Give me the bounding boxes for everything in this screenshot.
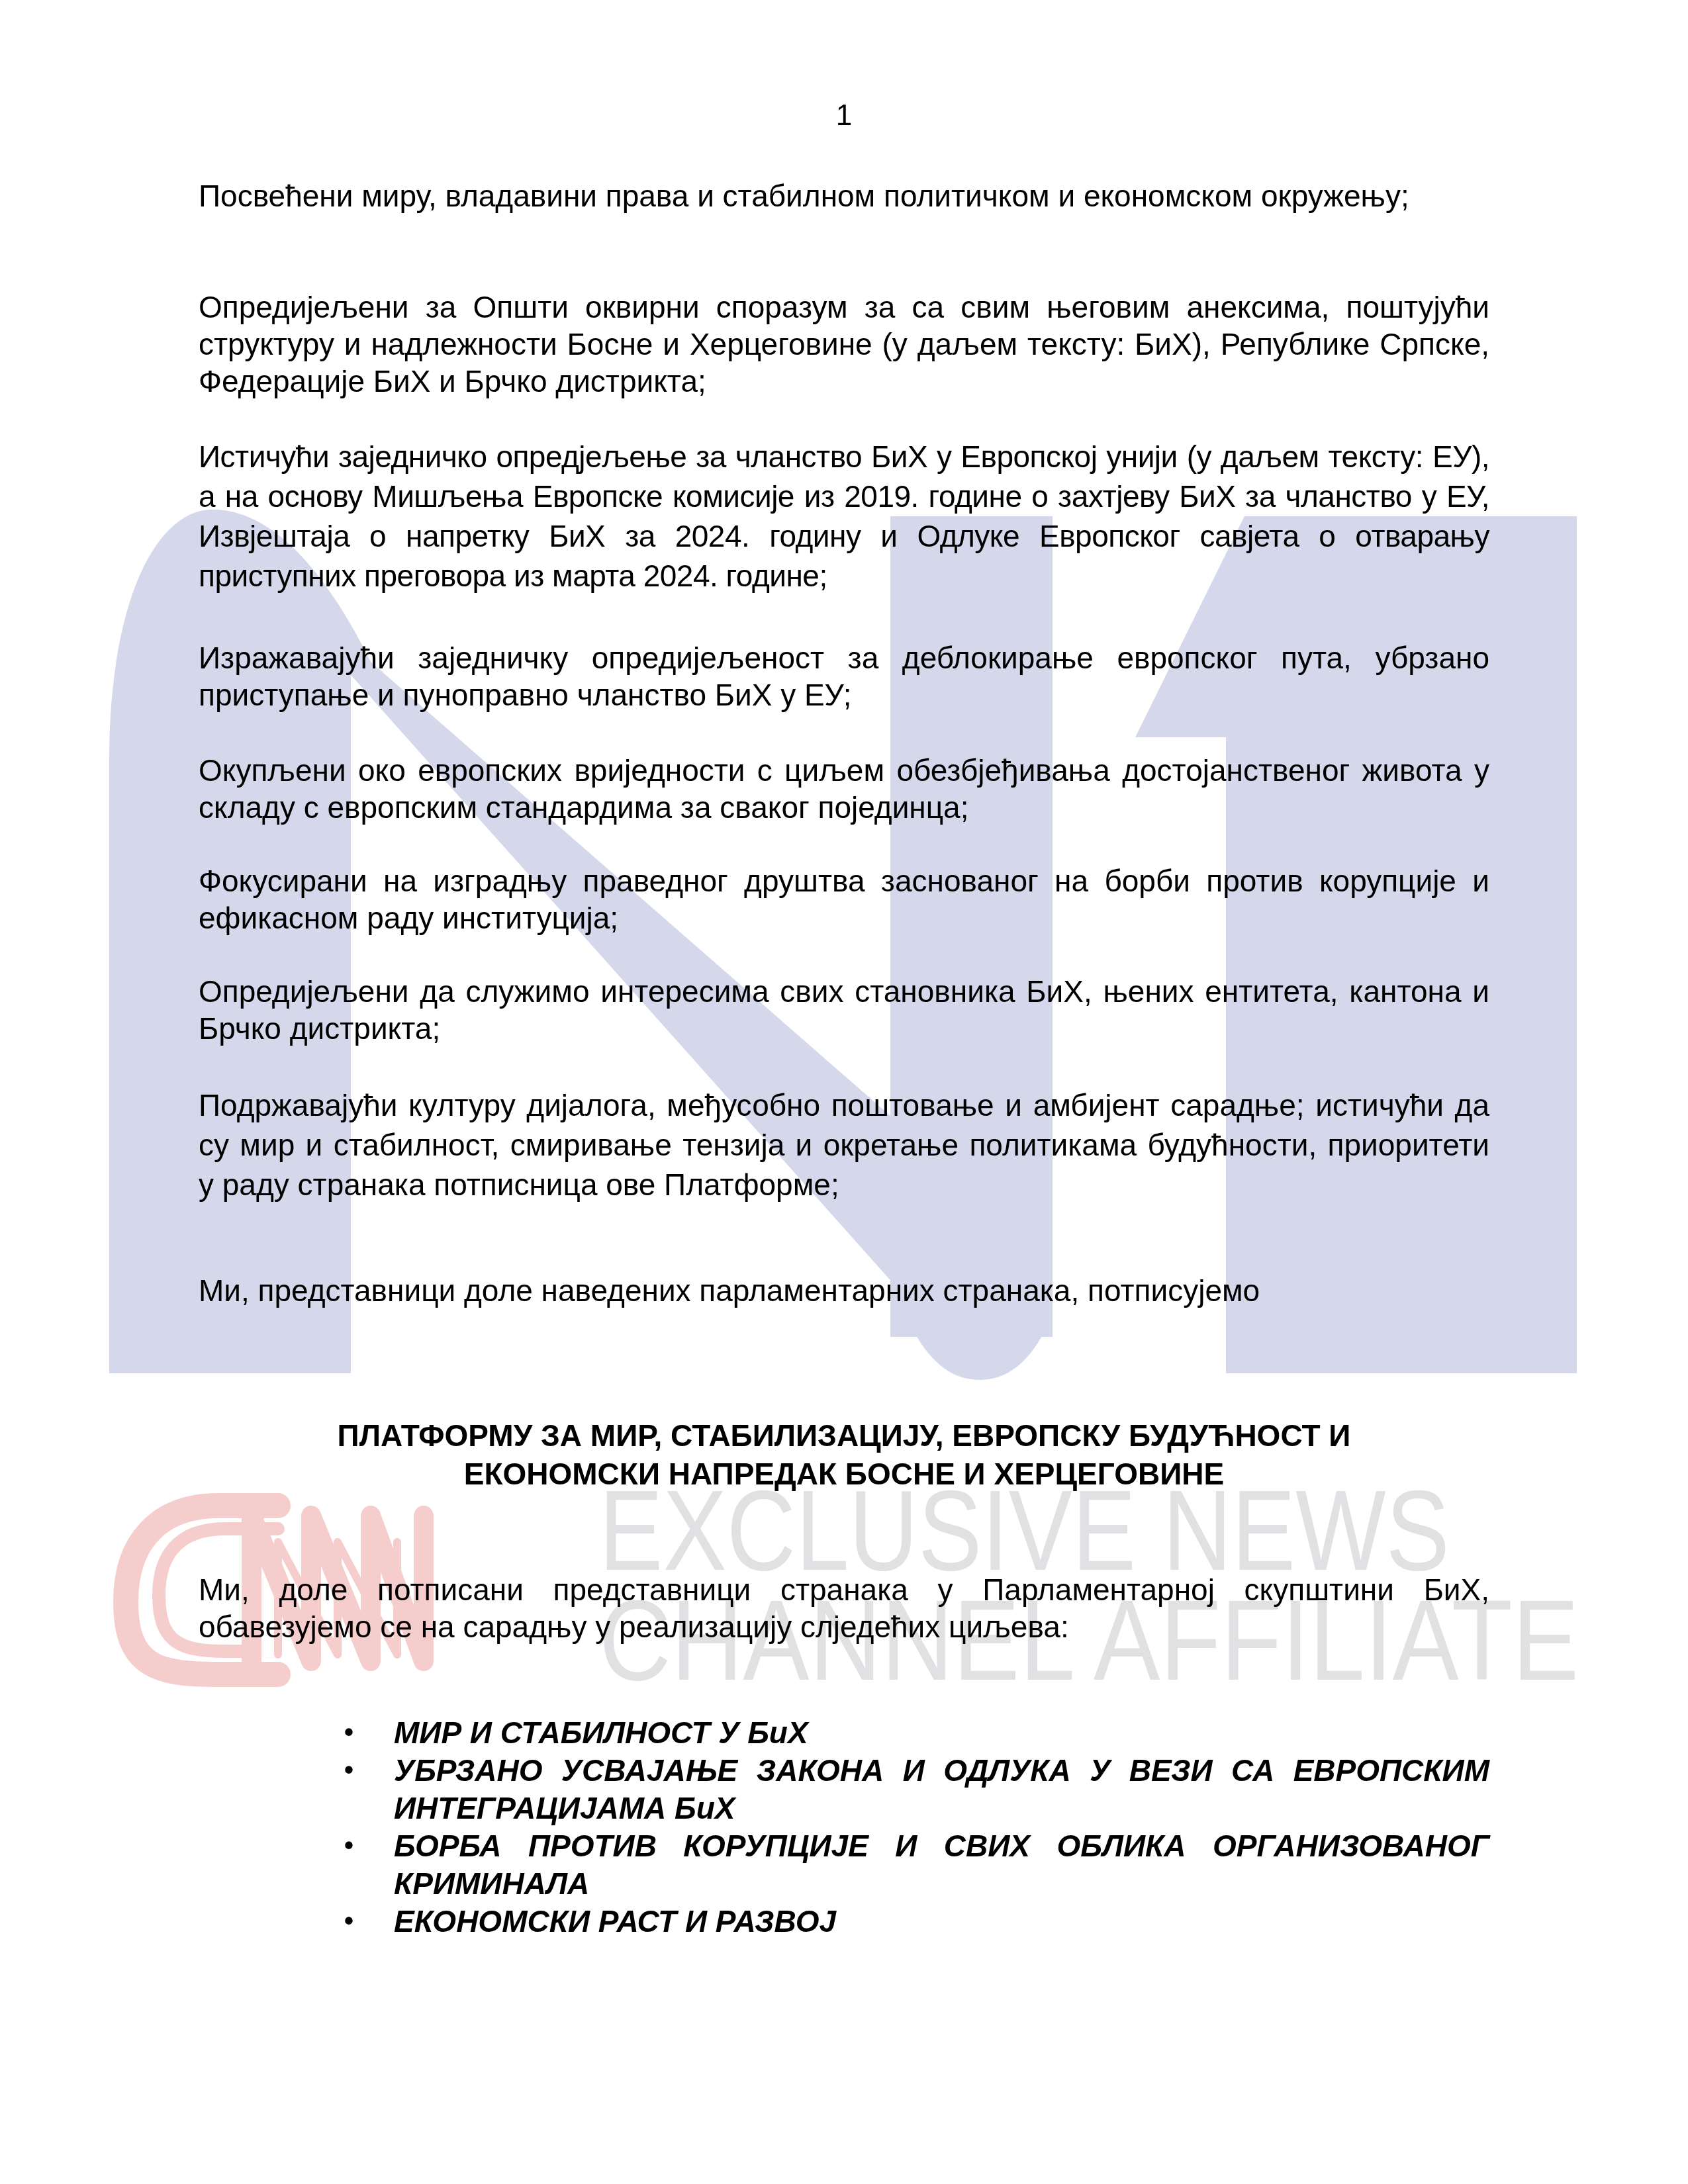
- paragraph-preamble-2: Опредијељени за Општи оквирни споразум з…: [199, 289, 1489, 400]
- bullet-icon: •: [344, 1903, 353, 1940]
- goal-text: БОРБА ПРОТИВ КОРУПЦИЈЕ И СВИХ ОБЛИКА ОРГ…: [394, 1829, 1489, 1901]
- goal-item: •МИР И СТАБИЛНОСТ У БиХ: [394, 1714, 1489, 1752]
- bullet-icon: •: [344, 1752, 353, 1790]
- paragraph-preamble-8: Подржавајући културу дијалога, међусобно…: [199, 1085, 1489, 1205]
- goal-text: МИР И СТАБИЛНОСТ У БиХ: [394, 1715, 808, 1750]
- goal-text: ЕКОНОМСКИ РАСТ И РАЗВОЈ: [394, 1904, 836, 1938]
- paragraph-preamble-7: Опредијељени да служимо интересима свих …: [199, 973, 1489, 1047]
- goals-list: •МИР И СТАБИЛНОСТ У БиХ •УБРЗАНО УСВАЈАЊ…: [394, 1714, 1489, 1940]
- paragraph-preamble-3: Истичући заједничко опредјељење за чланс…: [199, 437, 1489, 596]
- platform-title-line-1: ПЛАТФОРМУ ЗА МИР, СТАБИЛИЗАЦИЈУ, ЕВРОПСК…: [199, 1416, 1489, 1455]
- paragraph-preamble-6: Фокусирани на изградњу праведног друштва…: [199, 862, 1489, 936]
- platform-title-line-2: ЕКОНОМСКИ НАПРЕДАК БОСНЕ И ХЕРЦЕГОВИНЕ: [199, 1455, 1489, 1493]
- paragraph-preamble-1: Посвећени миру, владавини права и стабил…: [199, 177, 1489, 214]
- paragraph-commitment: Ми, доле потписани представници странака…: [199, 1571, 1489, 1645]
- platform-title: ПЛАТФОРМУ ЗА МИР, СТАБИЛИЗАЦИЈУ, ЕВРОПСК…: [199, 1416, 1489, 1493]
- paragraph-signing-intro: Ми, представници доле наведених парламен…: [199, 1272, 1489, 1309]
- paragraph-preamble-4: Изражавајући заједничку опредијељеност з…: [199, 639, 1489, 713]
- goal-item: •БОРБА ПРОТИВ КОРУПЦИЈЕ И СВИХ ОБЛИКА ОР…: [394, 1827, 1489, 1903]
- paragraph-preamble-5: Окупљени око европских вриједности с циљ…: [199, 752, 1489, 826]
- goal-text: УБРЗАНО УСВАЈАЊЕ ЗАКОНА И ОДЛУКА У ВЕЗИ …: [394, 1753, 1489, 1825]
- document-page: 1 Посвећени миру, владавини права и стаб…: [0, 0, 1688, 2184]
- bullet-icon: •: [344, 1714, 353, 1752]
- page-number: 1: [0, 99, 1688, 132]
- goal-item: •УБРЗАНО УСВАЈАЊЕ ЗАКОНА И ОДЛУКА У ВЕЗИ…: [394, 1752, 1489, 1827]
- goal-item: •ЕКОНОМСКИ РАСТ И РАЗВОЈ: [394, 1903, 1489, 1940]
- bullet-icon: •: [344, 1827, 353, 1865]
